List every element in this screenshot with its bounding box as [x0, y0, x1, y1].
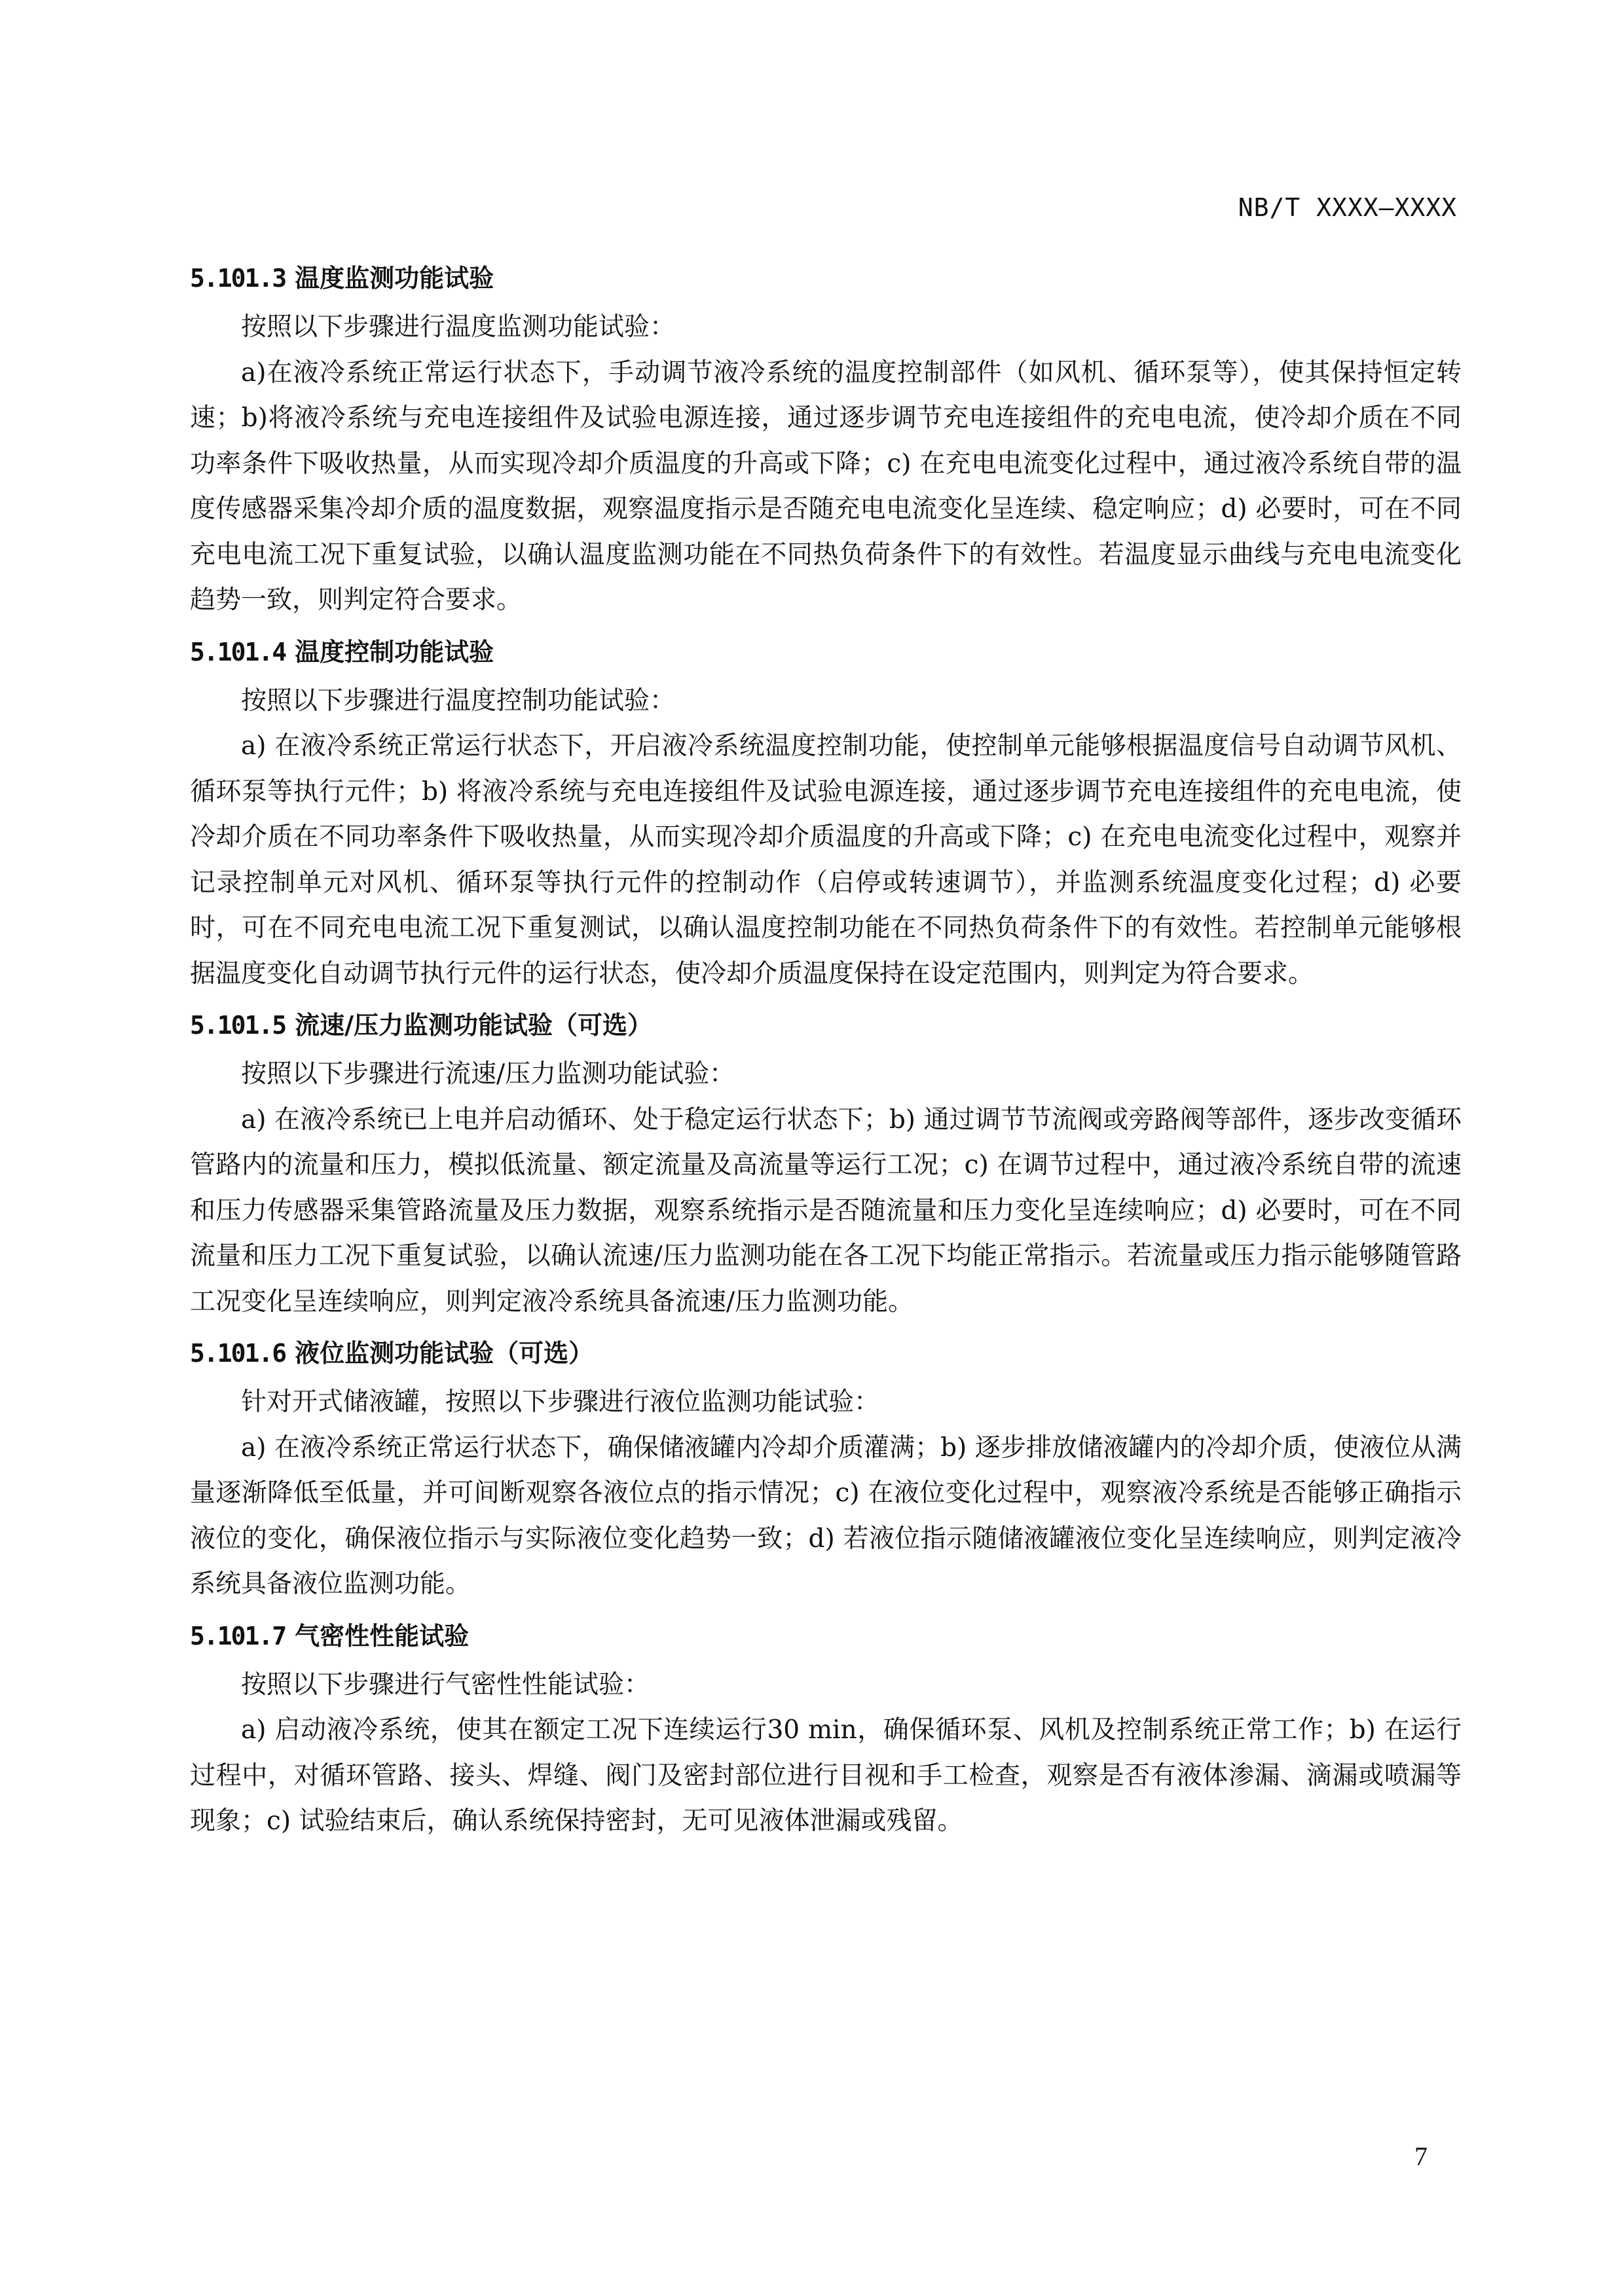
page-number: 7: [1414, 2141, 1428, 2172]
section-heading: 5.101.5流速/压力监测功能试验（可选）: [190, 1006, 1462, 1051]
section-heading: 5.101.3温度监测功能试验: [190, 259, 1462, 304]
document-number: NB/T XXXX—XXXX: [1238, 193, 1457, 222]
section-intro: 按照以下步骤进行温度监测功能试验：: [190, 304, 1462, 350]
section-number: 5.101.3: [190, 264, 286, 293]
section-5-101-5: 5.101.5流速/压力监测功能试验（可选） 按照以下步骤进行流速/压力监测功能…: [190, 1006, 1462, 1324]
section-heading: 5.101.6液位监测功能试验（可选）: [190, 1334, 1462, 1379]
section-title: 温度监测功能试验: [295, 264, 494, 293]
section-number: 5.101.6: [190, 1339, 286, 1368]
section-5-101-6: 5.101.6液位监测功能试验（可选） 针对开式储液罐，按照以下步骤进行液位监测…: [190, 1334, 1462, 1607]
section-title: 流速/压力监测功能试验（可选）: [295, 1011, 652, 1040]
section-body: a) 在液冷系统正常运行状态下，确保储液罐内冷却介质灌满；b) 逐步排放储液罐内…: [190, 1425, 1462, 1607]
section-number: 5.101.7: [190, 1622, 286, 1650]
section-heading: 5.101.7气密性性能试验: [190, 1616, 1462, 1662]
section-title: 气密性性能试验: [295, 1622, 469, 1650]
section-intro: 针对开式储液罐，按照以下步骤进行液位监测功能试验：: [190, 1379, 1462, 1425]
section-5-101-4: 5.101.4温度控制功能试验 按照以下步骤进行温度控制功能试验： a) 在液冷…: [190, 632, 1462, 997]
section-number: 5.101.4: [190, 638, 286, 666]
section-body: a) 在液冷系统已上电并启动循环、处于稳定运行状态下；b) 通过调节节流阀或旁路…: [190, 1097, 1462, 1325]
section-heading: 5.101.4温度控制功能试验: [190, 632, 1462, 678]
document-body: 5.101.3温度监测功能试验 按照以下步骤进行温度监测功能试验： a)在液冷系…: [190, 259, 1462, 1853]
section-title: 温度控制功能试验: [295, 638, 494, 666]
section-intro: 按照以下步骤进行流速/压力监测功能试验：: [190, 1051, 1462, 1097]
section-title: 液位监测功能试验（可选）: [295, 1339, 593, 1368]
section-body: a) 在液冷系统正常运行状态下，开启液冷系统温度控制功能，使控制单元能够根据温度…: [190, 723, 1462, 996]
section-5-101-7: 5.101.7气密性性能试验 按照以下步骤进行气密性性能试验： a) 启动液冷系…: [190, 1616, 1462, 1844]
section-number: 5.101.5: [190, 1011, 286, 1040]
section-intro: 按照以下步骤进行温度控制功能试验：: [190, 678, 1462, 724]
section-5-101-3: 5.101.3温度监测功能试验 按照以下步骤进行温度监测功能试验： a)在液冷系…: [190, 259, 1462, 623]
section-body: a) 启动液冷系统，使其在额定工况下连续运行30 min，确保循环泵、风机及控制…: [190, 1707, 1462, 1844]
section-intro: 按照以下步骤进行气密性性能试验：: [190, 1662, 1462, 1708]
section-body: a)在液冷系统正常运行状态下，手动调节液冷系统的温度控制部件（如风机、循环泵等）…: [190, 350, 1462, 623]
